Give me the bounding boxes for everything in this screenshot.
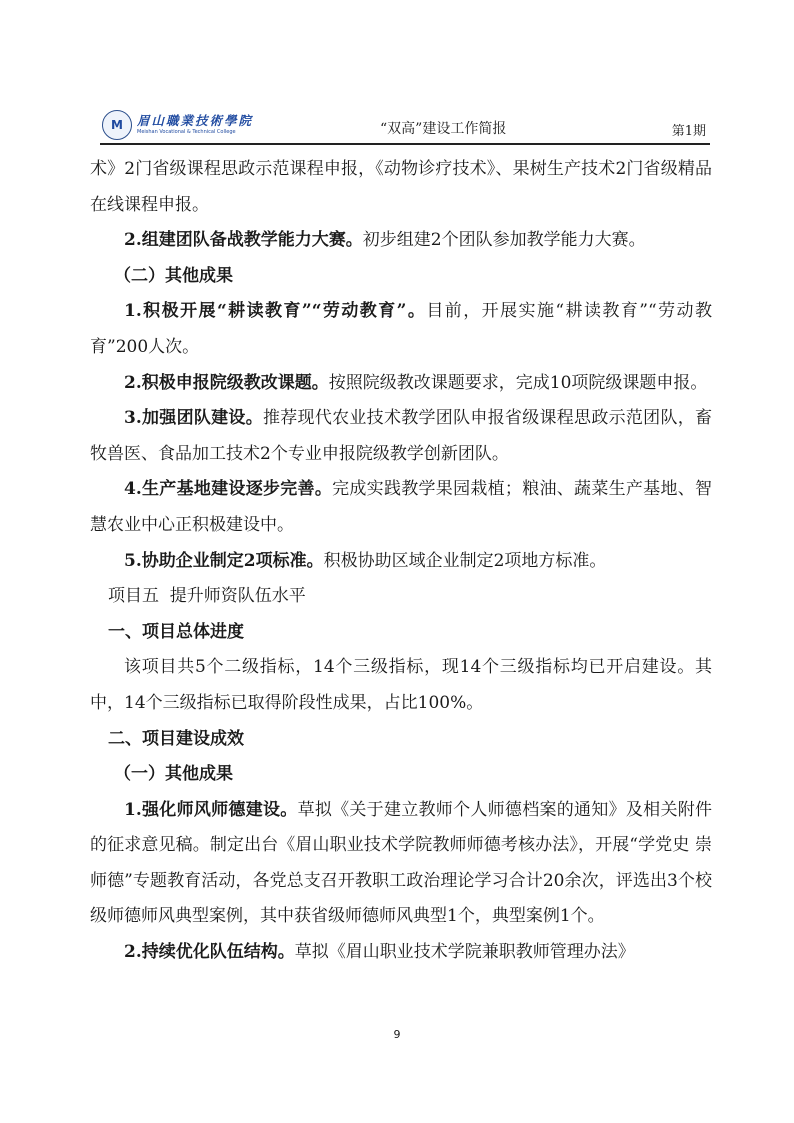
college-emblem-icon: M [102,110,132,140]
header-divider [100,143,710,145]
paragraph-continuation: 术》2门省级课程思政示范课程申报，《动物诊疗技术》、果树生产技术2门省级精品在线… [90,152,712,223]
item-heading: 4.生产基地建设逐步完善。 [124,479,332,499]
list-item: 3.加强团队建设。推荐现代农业技术教学团队申报省级课程思政示范团队，畜牧兽医、食… [90,401,712,472]
emblem-mark: M [111,118,123,132]
item-heading: 2.积极申报院级教改课题。 [124,373,329,393]
list-item: 1.积极开展“耕读教育”“劳动教育”。目前，开展实施“耕读教育”“劳动教育”20… [90,294,712,365]
college-logo: M 眉山職業技術學院 Meishan Vocational & Technica… [102,110,253,140]
item-heading: 5.协助企业制定2项标准。 [124,551,324,571]
list-item: 2.持续优化队伍结构。草拟《眉山职业技术学院兼职教师管理办法》 [90,935,712,971]
list-item: 2.积极申报院级教改课题。按照院级教改课题要求，完成10项院级课题申报。 [90,366,712,402]
item-text: 初步组建2个团队参加教学能力大赛。 [363,230,646,250]
item-heading: 1.强化师风师德建设。 [124,800,298,820]
list-item: 5.协助企业制定2项标准。积极协助区域企业制定2项地方标准。 [90,544,712,580]
list-item: 1.强化师风师德建设。草拟《关于建立教师个人师德档案的通知》及相关附件的征求意见… [90,793,712,935]
logo-english-name: Meishan Vocational & Technical College [137,128,253,136]
list-item: 2.组建团队备战教学能力大赛。初步组建2个团队参加教学能力大赛。 [90,223,712,259]
list-item: 4.生产基地建设逐步完善。完成实践教学果园栽植；粮油、蔬菜生产基地、智慧农业中心… [90,472,712,543]
item-heading: 3.加强团队建设。 [124,408,263,428]
subsection-heading: （二）其他成果 [114,259,712,295]
document-body: 术》2门省级课程思政示范课程申报，《动物诊疗技术》、果树生产技术2门省级精品在线… [108,152,712,971]
body-paragraph: 该项目共5个二级指标，14个三级指标，现14个三级指标均已开启建设。其中，14个… [90,650,712,721]
item-heading: 1.积极开展“耕读教育”“劳动教育”。 [124,301,426,321]
bulletin-title: “双高”建设工作简报 [380,118,506,138]
logo-chinese-name: 眉山職業技術學院 [137,114,253,128]
item-text: 草拟《眉山职业技术学院兼职教师管理办法》 [295,942,635,962]
issue-number: 第1期 [672,120,706,139]
project-heading: 项目五 提升师资队伍水平 [108,579,712,615]
page-number: 9 [0,1028,794,1041]
item-heading: 2.持续优化队伍结构。 [124,942,295,962]
subsection-heading: （一）其他成果 [114,757,712,793]
section-heading: 一、项目总体进度 [108,615,712,651]
item-text: 积极协助区域企业制定2项地方标准。 [324,551,607,571]
item-text: 按照院级教改课题要求，完成10项院级课题申报。 [329,373,708,393]
section-heading: 二、项目建设成效 [108,722,712,758]
page-header: M 眉山職業技術學院 Meishan Vocational & Technica… [100,108,710,144]
item-heading: 2.组建团队备战教学能力大赛。 [124,230,363,250]
